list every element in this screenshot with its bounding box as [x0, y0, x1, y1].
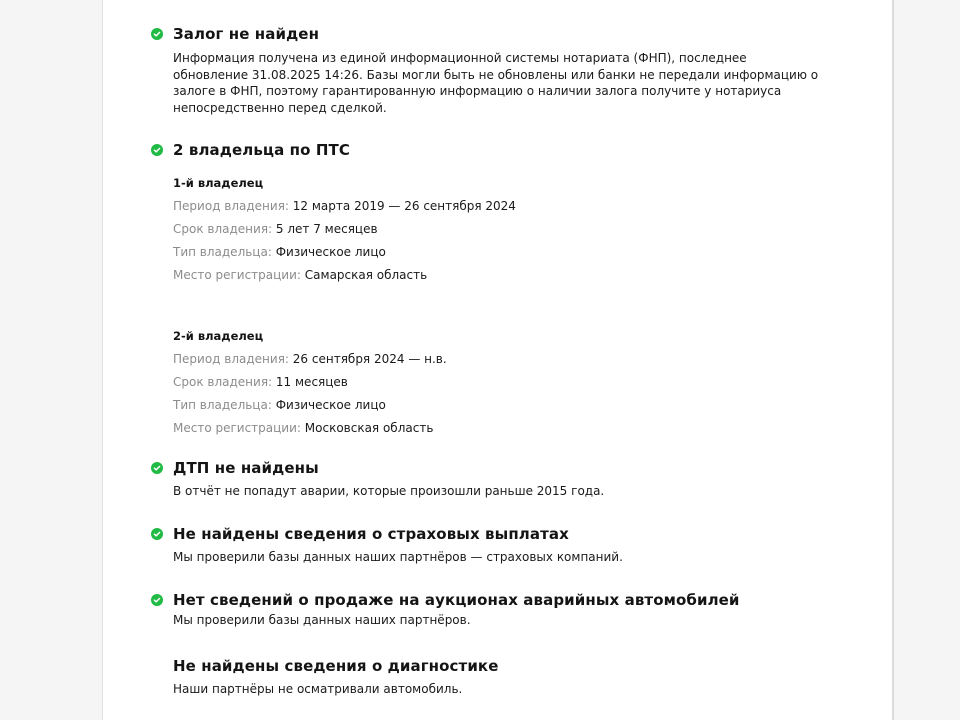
field-label: Место регистрации:	[173, 268, 301, 282]
owner-2-region: Место регистрации: Московская область	[151, 420, 851, 436]
field-label: Срок владения:	[173, 375, 272, 389]
check-circle-icon	[151, 594, 163, 606]
check-circle-icon	[151, 28, 163, 40]
pledge-description-line: непосредственно перед сделкой.	[173, 100, 851, 117]
diagnostics-title: Не найдены сведения о диагностике	[173, 657, 499, 675]
insurance-heading: Не найдены сведения о страховых выплатах	[151, 524, 851, 544]
owners-section: 2 владельца по ПТС 1-й владелец Период в…	[151, 140, 851, 436]
pledge-heading: Залог не найден	[151, 24, 851, 44]
field-label: Тип владельца:	[173, 398, 272, 412]
diagnostics-heading: Не найдены сведения о диагностике	[151, 656, 851, 676]
pledge-description-line: Информация получена из единой информацио…	[173, 50, 851, 67]
field-label: Тип владельца:	[173, 245, 272, 259]
field-value: Московская область	[305, 421, 434, 435]
check-circle-icon	[151, 462, 163, 474]
accidents-section: ДТП не найдены В отчёт не попадут аварии…	[151, 458, 851, 500]
diagnostics-description: Наши партнёры не осматривали автомобиль.	[151, 681, 851, 698]
auctions-title: Нет сведений о продаже на аукционах авар…	[173, 591, 740, 609]
field-label: Срок владения:	[173, 222, 272, 236]
pledge-description-line: обновление 31.08.2025 14:26. Базы могли …	[173, 67, 851, 84]
auctions-description: Мы проверили базы данных наших партнёров…	[151, 612, 851, 629]
owners-title: 2 владельца по ПТС	[173, 141, 350, 159]
accidents-description: В отчёт не попадут аварии, которые произ…	[151, 483, 851, 500]
field-value: 26 сентября 2024 — н.в.	[293, 352, 447, 366]
field-label: Период владения:	[173, 352, 289, 366]
owner-1: 1-й владелец Период владения: 12 марта 2…	[151, 175, 851, 283]
field-value: Физическое лицо	[276, 398, 386, 412]
accidents-title: ДТП не найдены	[173, 459, 319, 477]
owner-2: 2-й владелец Период владения: 26 сентябр…	[151, 328, 851, 436]
owners-heading: 2 владельца по ПТС	[151, 140, 851, 160]
diagnostics-section: Не найдены сведения о диагностике Наши п…	[151, 656, 851, 698]
owner-1-period: Период владения: 12 марта 2019 — 26 сент…	[151, 198, 851, 214]
auctions-section: Нет сведений о продаже на аукционах авар…	[151, 590, 851, 629]
owner-2-type: Тип владельца: Физическое лицо	[151, 397, 851, 413]
owner-1-type: Тип владельца: Физическое лицо	[151, 244, 851, 260]
check-circle-icon	[151, 528, 163, 540]
field-value: Физическое лицо	[276, 245, 386, 259]
pledge-description: Информация получена из единой информацио…	[151, 50, 851, 116]
field-value: Самарская область	[305, 268, 427, 282]
pledge-title: Залог не найден	[173, 25, 319, 43]
field-label: Период владения:	[173, 199, 289, 213]
pledge-section: Залог не найден Информация получена из е…	[151, 24, 851, 116]
accidents-heading: ДТП не найдены	[151, 458, 851, 478]
auctions-heading: Нет сведений о продаже на аукционах авар…	[151, 590, 851, 610]
field-value: 5 лет 7 месяцев	[276, 222, 378, 236]
field-value: 11 месяцев	[276, 375, 348, 389]
owner-2-duration: Срок владения: 11 месяцев	[151, 374, 851, 390]
check-circle-icon	[151, 144, 163, 156]
owner-1-duration: Срок владения: 5 лет 7 месяцев	[151, 221, 851, 237]
field-label: Место регистрации:	[173, 421, 301, 435]
field-value: 12 марта 2019 — 26 сентября 2024	[293, 199, 516, 213]
owner-2-title: 2-й владелец	[151, 328, 851, 344]
insurance-section: Не найдены сведения о страховых выплатах…	[151, 524, 851, 566]
owner-1-region: Место регистрации: Самарская область	[151, 267, 851, 283]
report-card: Залог не найден Информация получена из е…	[102, 0, 894, 720]
owner-1-title: 1-й владелец	[151, 175, 851, 191]
pledge-description-line: залоге в ФНП, поэтому гарантированную ин…	[173, 83, 851, 100]
owner-2-period: Период владения: 26 сентября 2024 — н.в.	[151, 351, 851, 367]
insurance-description: Мы проверили базы данных наших партнёров…	[151, 549, 851, 566]
insurance-title: Не найдены сведения о страховых выплатах	[173, 525, 569, 543]
